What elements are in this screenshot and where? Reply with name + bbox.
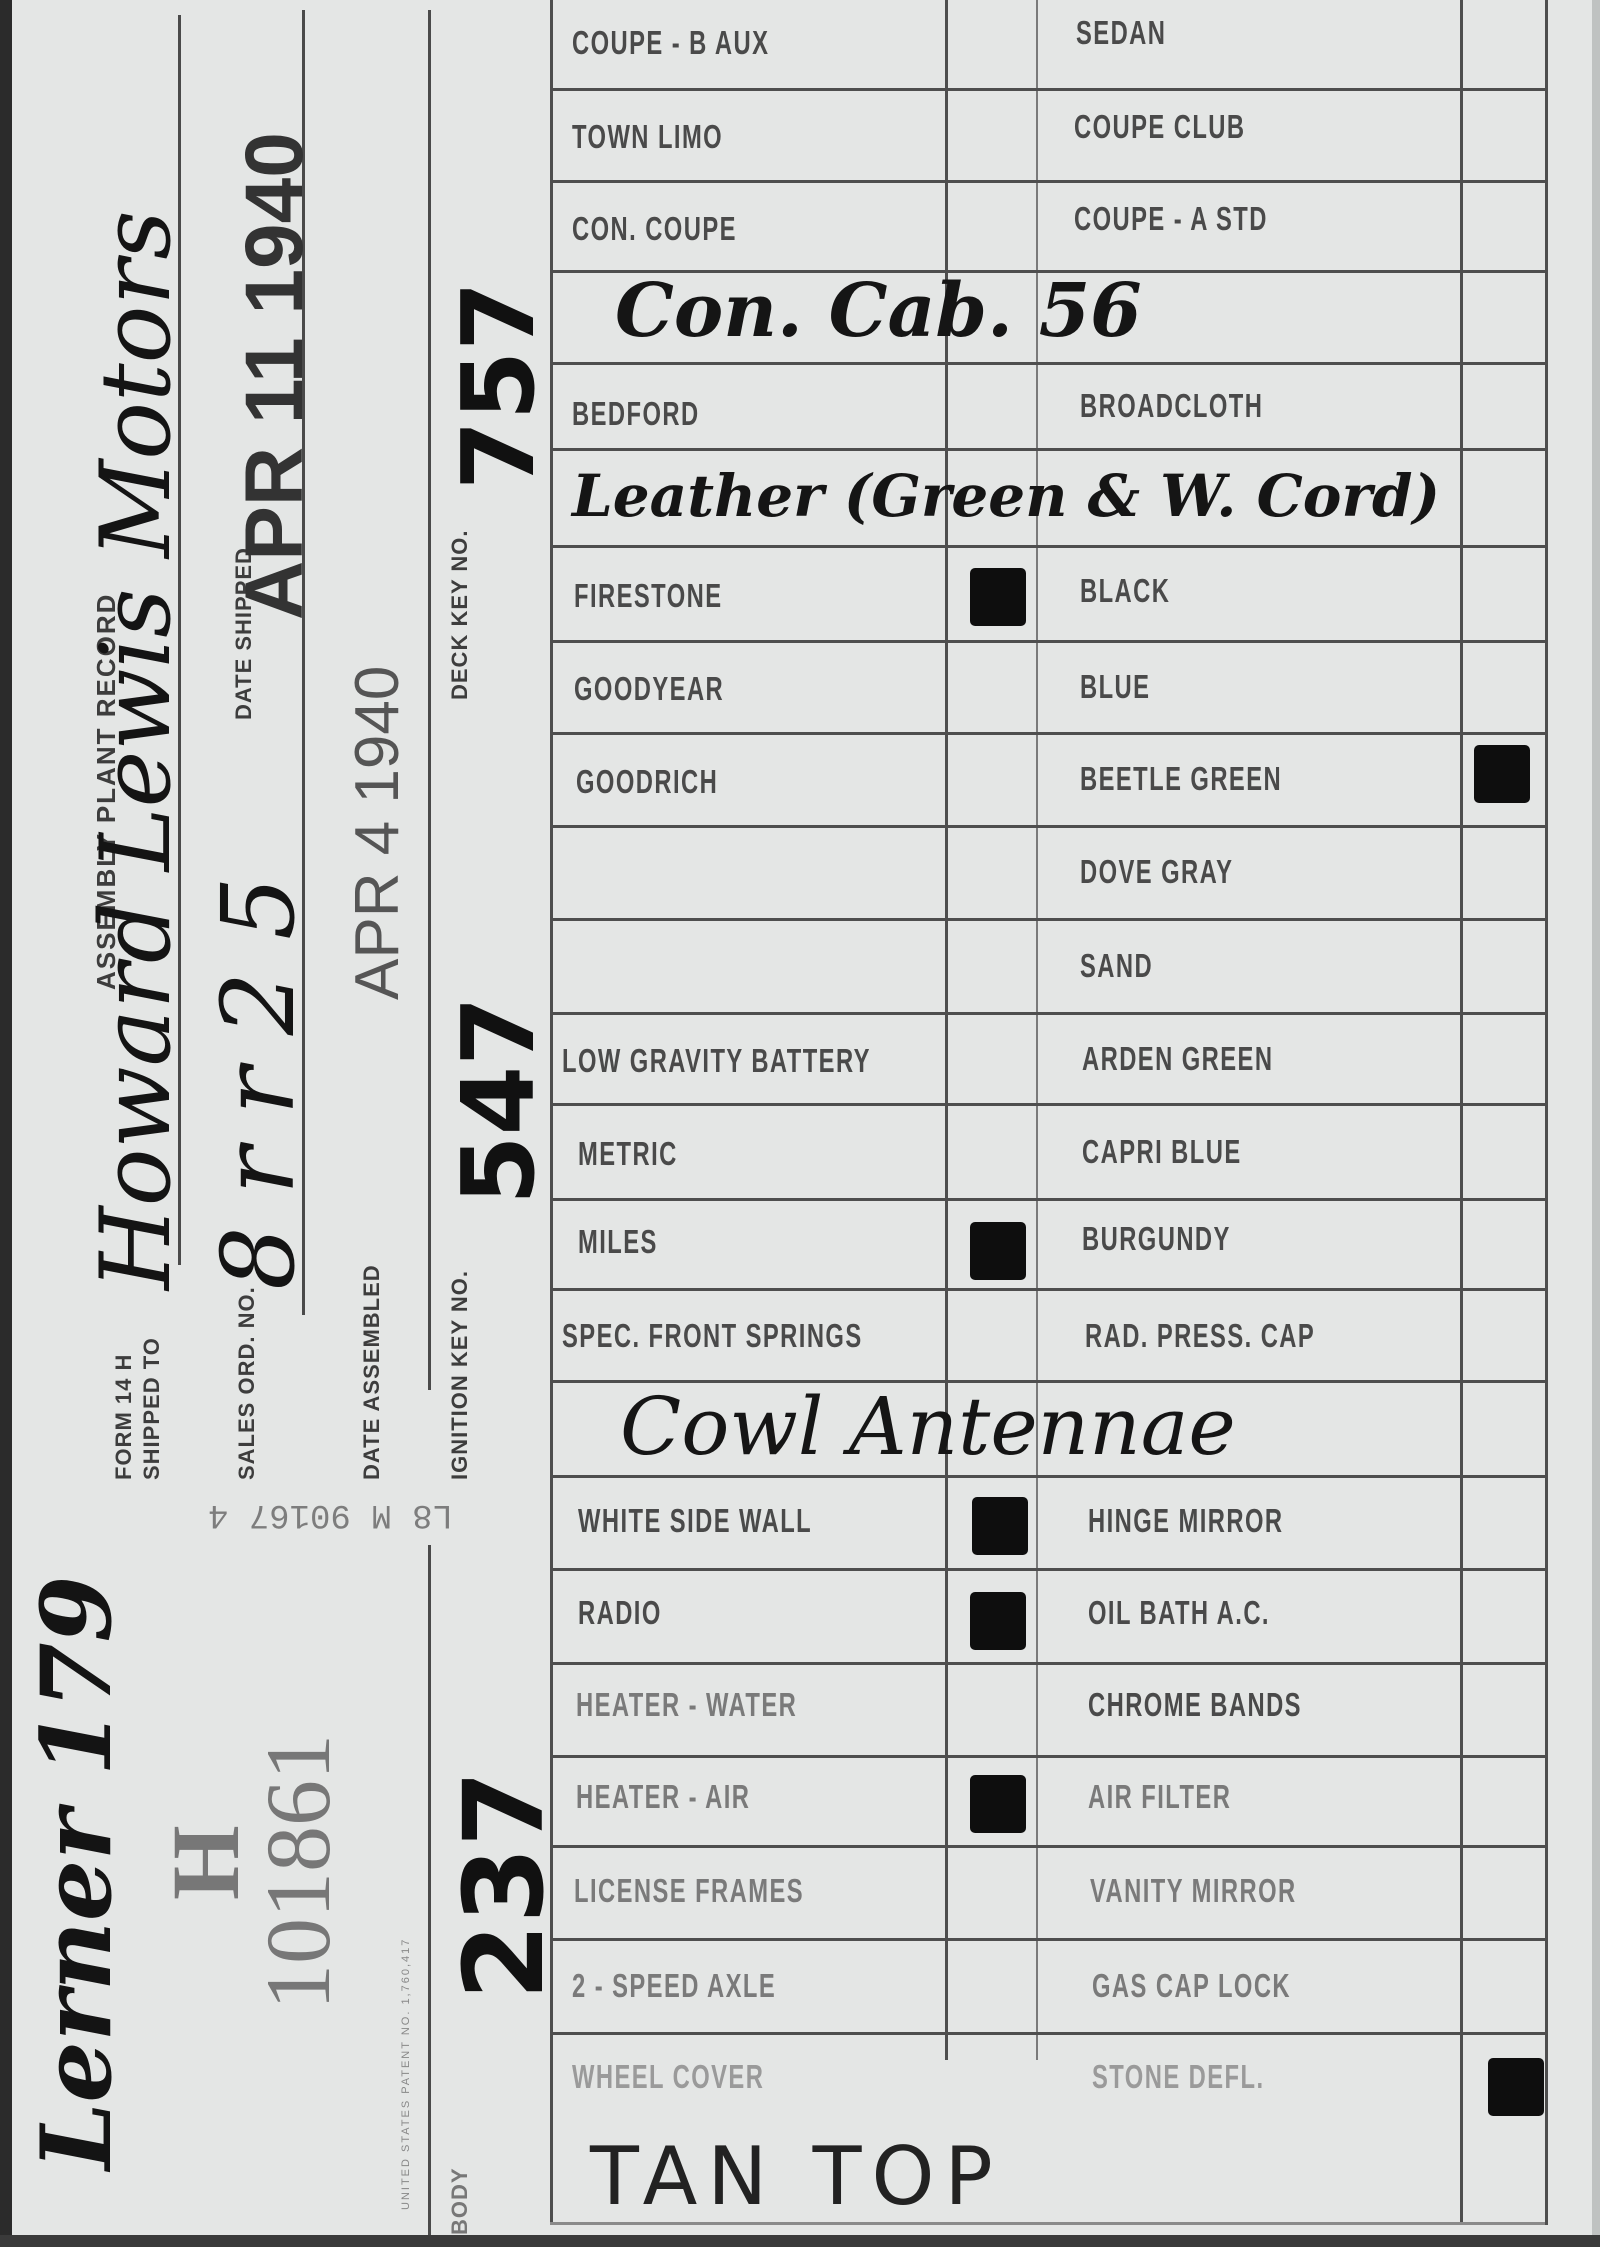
option-coupe-club[interactable]: COUPE CLUB xyxy=(1074,108,1245,146)
option-blue[interactable]: BLUE xyxy=(1080,668,1150,706)
option-coupe-b-aux[interactable]: COUPE - B AUX xyxy=(572,24,769,62)
body-label: BODY xyxy=(448,2167,472,2235)
option-chrome-bands[interactable]: CHROME BANDS xyxy=(1088,1686,1302,1724)
checkmark-radio[interactable] xyxy=(970,1592,1026,1650)
printer-mark: L8 M 90167 4 xyxy=(208,1495,453,1533)
option-dove-gray[interactable]: DOVE GRAY xyxy=(1080,853,1233,891)
ignition-key-label: IGNITION KEY NO. xyxy=(448,1270,472,1480)
option-air-filter[interactable]: AIR FILTER xyxy=(1088,1778,1231,1816)
deck-key-label: DECK KEY NO. xyxy=(448,529,472,700)
option-beetle-green[interactable]: BEETLE GREEN xyxy=(1080,760,1282,798)
option-burgundy[interactable]: BURGUNDY xyxy=(1082,1220,1231,1258)
option-bedford[interactable]: BEDFORD xyxy=(572,395,700,433)
option-spec-front-springs[interactable]: SPEC. FRONT SPRINGS xyxy=(562,1317,863,1355)
option-wheel-cover[interactable]: WHEEL COVER xyxy=(572,2058,764,2096)
option-sand[interactable]: SAND xyxy=(1080,947,1153,985)
body-value[interactable]: 237 xyxy=(440,1770,568,2000)
option-radio[interactable]: RADIO xyxy=(578,1594,662,1632)
option-low-gravity-battery[interactable]: LOW GRAVITY BATTERY xyxy=(562,1042,871,1080)
option-coupe-a-std[interactable]: COUPE - A STD xyxy=(1074,200,1268,238)
card-edge-right xyxy=(1592,0,1600,2247)
grid-rule-check-right xyxy=(1460,0,1463,2225)
rule-body xyxy=(428,1545,431,2235)
option-town-limo[interactable]: TOWN LIMO xyxy=(572,118,723,156)
option-firestone[interactable]: FIRESTONE xyxy=(574,577,723,615)
option-hinge-mirror[interactable]: HINGE MIRROR xyxy=(1088,1502,1283,1540)
handwritten-top-color[interactable]: TAN TOP xyxy=(590,2130,1003,2223)
option-goodyear[interactable]: GOODYEAR xyxy=(574,670,724,708)
option-goodrich[interactable]: GOODRICH xyxy=(576,763,718,801)
margin-note: Lerner 179 xyxy=(20,1576,133,2170)
assembly-plant-record-card: ASSEMBLY PLANT RECORD FORM 14 H SHIPPED … xyxy=(0,0,1600,2247)
option-oil-bath-ac[interactable]: OIL BATH A.C. xyxy=(1088,1594,1270,1632)
option-rad-press-cap[interactable]: RAD. PRESS. CAP xyxy=(1085,1317,1315,1355)
option-capri-blue[interactable]: CAPRI BLUE xyxy=(1082,1133,1242,1171)
serial-prefix-stamp: H xyxy=(150,1825,261,1900)
option-vanity-mirror[interactable]: VANITY MIRROR xyxy=(1090,1872,1297,1910)
handwritten-upholstery[interactable]: Leather (Green & W. Cord) xyxy=(572,462,1440,530)
option-con-coupe[interactable]: CON. COUPE xyxy=(572,210,737,248)
date-assembled-label: DATE ASSEMBLED xyxy=(360,1264,384,1480)
option-heater-air[interactable]: HEATER - AIR xyxy=(576,1778,750,1816)
option-sedan[interactable]: SEDAN xyxy=(1076,14,1166,52)
option-stone-defl[interactable]: STONE DEFL. xyxy=(1092,2058,1264,2096)
option-gas-cap-lock[interactable]: GAS CAP LOCK xyxy=(1092,1967,1291,2005)
form-number-label: FORM 14 H xyxy=(112,1354,136,1480)
checkmark-white-side-wall[interactable] xyxy=(972,1497,1028,1555)
option-heater-water[interactable]: HEATER - WATER xyxy=(576,1686,797,1724)
checkmark-heater-air[interactable] xyxy=(970,1775,1026,1833)
handwritten-accessory[interactable]: Cowl Antennae xyxy=(620,1380,1236,1473)
shipped-to-label: SHIPPED TO xyxy=(140,1337,164,1480)
checkmark-firestone[interactable] xyxy=(970,568,1026,626)
option-black[interactable]: BLACK xyxy=(1080,572,1170,610)
ignition-key-value[interactable]: 547 xyxy=(440,996,557,1205)
patent-line: UNITED STATES PATENT NO. 1,760,417 xyxy=(400,1938,412,2210)
card-edge-left xyxy=(0,0,12,2247)
checkmark-stone-defl[interactable] xyxy=(1488,2058,1544,2116)
checkmark-beetle-green[interactable] xyxy=(1474,745,1530,803)
option-arden-green[interactable]: ARDEN GREEN xyxy=(1082,1040,1273,1078)
date-assembled-value[interactable]: APR 4 1940 xyxy=(342,666,413,1000)
grid-rule-right xyxy=(1545,0,1548,2225)
deck-key-value[interactable]: 757 xyxy=(440,281,557,490)
option-broadcloth[interactable]: BROADCLOTH xyxy=(1080,387,1263,425)
grid-rule-left xyxy=(550,0,553,2225)
option-miles[interactable]: MILES xyxy=(578,1223,658,1261)
rule-date-assembled xyxy=(428,10,431,1390)
option-license-frames[interactable]: LICENSE FRAMES xyxy=(574,1872,804,1910)
option-white-side-wall[interactable]: WHITE SIDE WALL xyxy=(578,1502,812,1540)
option-2-speed-axle[interactable]: 2 - SPEED AXLE xyxy=(572,1967,776,2005)
handwritten-body-type[interactable]: Con. Cab. 56 xyxy=(615,268,1142,354)
card-edge-bottom xyxy=(0,2235,1600,2247)
sales-ord-value[interactable]: 8 r r 2 5 xyxy=(200,876,317,1290)
option-metric[interactable]: METRIC xyxy=(578,1135,678,1173)
date-shipped-value[interactable]: APR 11 1940 xyxy=(228,132,322,620)
sales-ord-label: SALES ORD. NO. xyxy=(235,1286,259,1480)
shipped-to-value[interactable]: Howard Lewis Motors xyxy=(80,210,192,1290)
checkmark-miles[interactable] xyxy=(970,1222,1026,1280)
